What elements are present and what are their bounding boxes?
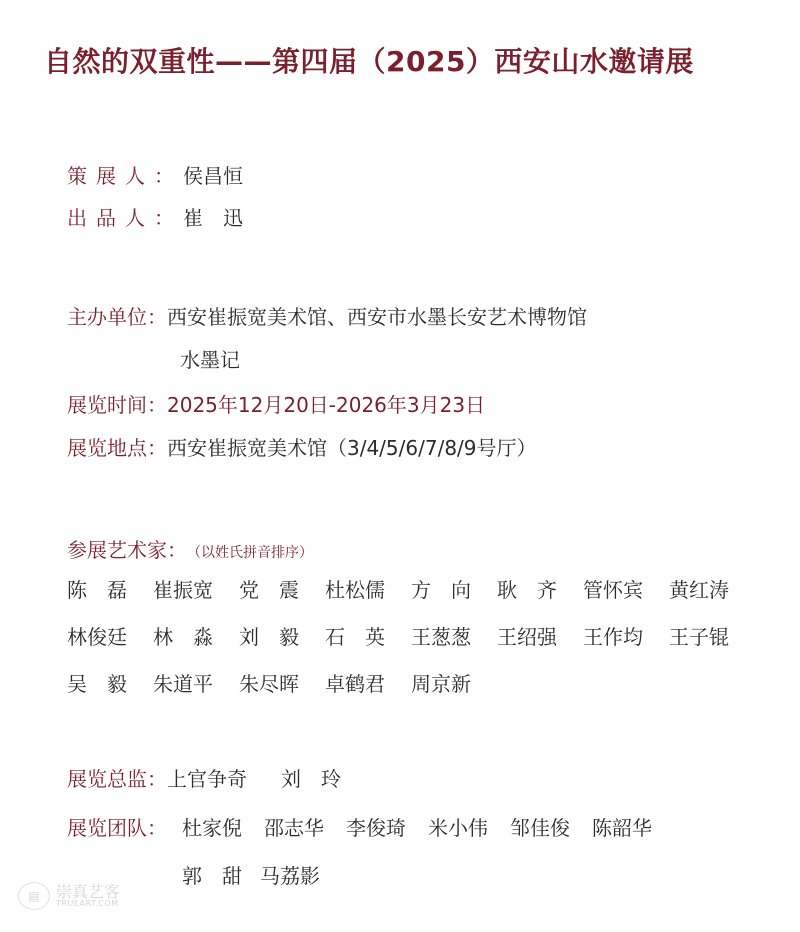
supervisor-name: 上官争奇	[167, 763, 247, 792]
team-line-1: 杜家倪 邵志华 李俊琦 米小伟 邹佳俊 陈韶华	[182, 812, 652, 841]
team-member: 邹佳俊	[510, 812, 570, 841]
artists-heading: 参展艺术家： （以姓氏拼音排序）	[67, 534, 313, 563]
artist-name: 朱尽晖	[239, 668, 325, 697]
supervisor-name: 刘 玲	[281, 763, 341, 792]
team-member: 马荔影	[260, 860, 320, 889]
artist-name: 石 英	[325, 621, 411, 650]
time-label: 展览时间：	[67, 389, 167, 418]
artist-name: 刘 毅	[239, 621, 325, 650]
artist-name: 方 向	[411, 574, 497, 603]
supervisor-label: 展览总监：	[67, 763, 167, 792]
producer-label: 出品人：	[67, 202, 183, 231]
artist-name: 林俊廷	[67, 621, 153, 650]
venue-value: 西安崔振宽美术馆（3/4/5/6/7/8/9号厅）	[167, 432, 537, 461]
team-label: 展览团队：	[67, 812, 167, 841]
artist-name: 王作均	[583, 621, 669, 650]
team-line-2: 郭 甜 马荔影	[182, 860, 320, 889]
curator-label: 策展人：	[67, 160, 183, 189]
curator-row: 策展人： 侯昌恒	[67, 160, 243, 189]
artist-name: 王绍强	[497, 621, 583, 650]
organizer-value-line2: 水墨记	[180, 344, 240, 373]
time-row: 展览时间： 2025年12月20日-2026年3月23日	[67, 389, 485, 418]
artist-name: 黄红涛	[669, 574, 755, 603]
watermark: ▤ 崇真艺客 TRUEART.COM	[18, 882, 120, 910]
artist-name: 周京新	[411, 668, 497, 697]
team-member: 杜家倪	[182, 812, 242, 841]
team-member: 郭 甜	[182, 860, 242, 889]
organizer-value: 西安崔振宽美术馆、西安市水墨长安艺术博物馆	[167, 301, 587, 330]
time-value: 2025年12月20日-2026年3月23日	[167, 389, 485, 418]
artist-name: 杜松儒	[325, 574, 411, 603]
team-member: 陈韶华	[592, 812, 652, 841]
artists-grid: 陈 磊 崔振宽 党 震 杜松儒 方 向 耿 齐 管怀宾 黄红涛 林俊廷 林 淼 …	[67, 574, 767, 697]
artist-name: 王子锟	[669, 621, 755, 650]
artist-name: 卓鹤君	[325, 668, 411, 697]
organizer-row: 主办单位： 西安崔振宽美术馆、西安市水墨长安艺术博物馆	[67, 301, 587, 330]
artist-name: 崔振宽	[153, 574, 239, 603]
producer-row: 出品人： 崔 迅	[67, 202, 243, 231]
artist-name: 管怀宾	[583, 574, 669, 603]
artist-name: 党 震	[239, 574, 325, 603]
artist-name: 耿 齐	[497, 574, 583, 603]
team-member: 李俊琦	[346, 812, 406, 841]
supervisor-row: 展览总监： 上官争奇 刘 玲	[67, 763, 341, 792]
curator-name: 侯昌恒	[183, 160, 243, 189]
venue-label: 展览地点：	[67, 432, 167, 461]
team-row: 展览团队：	[67, 812, 167, 841]
artist-name: 吴 毅	[67, 668, 153, 697]
organizer-label: 主办单位：	[67, 301, 167, 330]
watermark-cn: 崇真艺客	[56, 884, 120, 900]
artist-name: 林 淼	[153, 621, 239, 650]
team-member: 邵志华	[264, 812, 324, 841]
venue-row: 展览地点： 西安崔振宽美术馆（3/4/5/6/7/8/9号厅）	[67, 432, 537, 461]
artist-name: 朱道平	[153, 668, 239, 697]
artist-name: 陈 磊	[67, 574, 153, 603]
artists-label: 参展艺术家：	[67, 534, 187, 563]
producer-name: 崔 迅	[183, 202, 243, 231]
artist-name: 王葱葱	[411, 621, 497, 650]
watermark-logo-icon: ▤	[18, 882, 50, 910]
team-member: 米小伟	[428, 812, 488, 841]
exhibition-title: 自然的双重性——第四届（2025）西安山水邀请展	[44, 40, 774, 80]
artists-sort-note: （以姓氏拼音排序）	[187, 542, 313, 562]
watermark-en: TRUEART.COM	[56, 900, 120, 908]
